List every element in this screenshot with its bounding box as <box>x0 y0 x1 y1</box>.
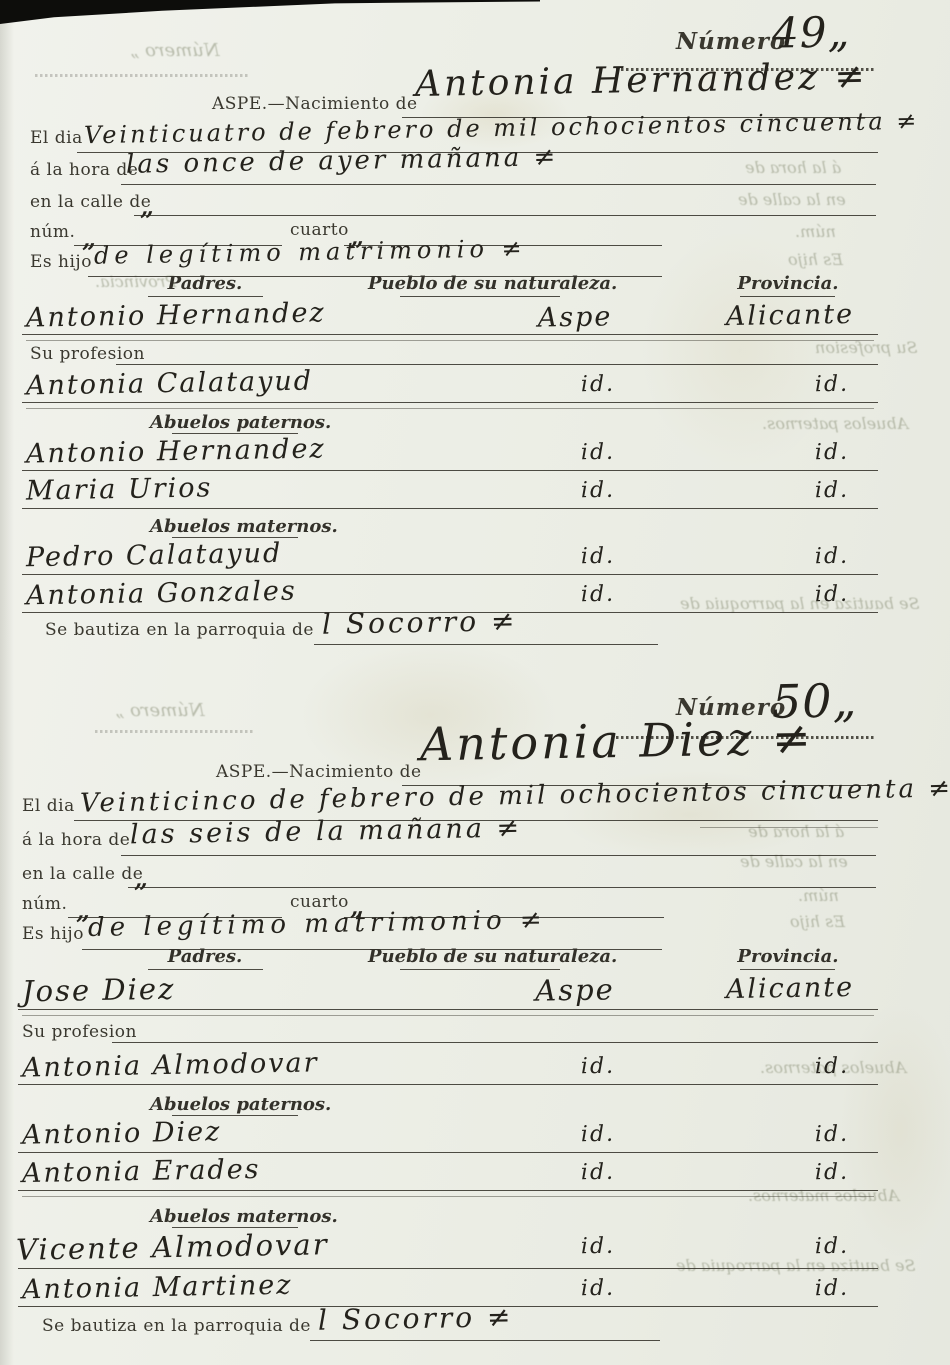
su-profesion-label: Su profesion <box>30 344 145 364</box>
birth-record-49: Número 49„ ASPE.—Nacimiento de Antonia H… <box>0 16 950 666</box>
calle-label: en la calle de <box>30 192 151 212</box>
form-rule-line <box>310 1340 660 1341</box>
es-hijo-handwritten: de legítimo matrimonio ≠ <box>88 905 547 943</box>
row-rule <box>18 1009 878 1010</box>
abuelos-paternos-label: Abuelos paternos. <box>150 1094 320 1115</box>
calle-ditto-mark: „ <box>134 864 150 893</box>
maternal-grandfather-provincia-id: id. <box>762 543 902 570</box>
hora-label: á la hora de <box>22 830 130 850</box>
paternal-grandmother-pueblo-id: id. <box>528 1159 668 1186</box>
header-rule <box>148 969 263 970</box>
father-pueblo-handwritten: Aspe <box>505 301 646 334</box>
mother-provincia-id-mark: id. <box>762 371 902 398</box>
father-provincia-handwritten: Alicante <box>700 971 881 1005</box>
paternal-grandfather-provincia-id: id. <box>762 439 902 466</box>
header-padres: Padres. <box>140 273 270 294</box>
row-rule <box>22 470 878 471</box>
abuelos-paternos-label: Abuelos paternos. <box>150 412 320 433</box>
abuelos-maternos-label: Abuelos maternos. <box>150 1206 320 1227</box>
form-rule-line <box>134 215 876 216</box>
row-rule <box>18 1190 878 1191</box>
scanned-register-page: Número „ á la hora de en la calle de núm… <box>0 0 950 1365</box>
row-rule <box>18 1152 878 1153</box>
header-pueblo-naturaleza: Pueblo de su naturaleza. <box>368 273 593 294</box>
row-rule-secondary <box>22 1196 874 1197</box>
row-rule-secondary <box>26 340 874 341</box>
row-rule <box>22 334 878 335</box>
el-dia-label: El dia <box>22 796 75 816</box>
paternal-grandfather-provincia-id: id. <box>762 1121 902 1148</box>
form-rule-line <box>116 364 878 365</box>
numero-value-handwritten: 49„ <box>772 7 851 57</box>
form-rule-line <box>121 184 876 185</box>
maternal-grandmother-pueblo-id: id. <box>528 1275 668 1302</box>
maternal-grandfather-pueblo-id: id. <box>528 543 668 570</box>
header-rule <box>740 296 835 297</box>
maternal-grandmother-provincia-id: id. <box>762 581 902 608</box>
father-provincia-handwritten: Alicante <box>700 298 881 332</box>
row-rule <box>18 1084 878 1085</box>
header-provincia: Provincia. <box>718 273 858 294</box>
paternal-grandmother-handwritten: Antonia Erades <box>22 1154 261 1189</box>
form-rule-line <box>121 855 876 856</box>
paternal-grandfather-handwritten: Antonio Diez <box>22 1116 222 1150</box>
record-title-label: ASPE.—Nacimiento de <box>212 94 418 114</box>
header-provincia: Provincia. <box>718 946 858 967</box>
maternal-grandfather-pueblo-id: id. <box>528 1233 668 1260</box>
header-rule <box>400 296 560 297</box>
mother-provincia-id-mark: id. <box>762 1053 902 1080</box>
header-rule <box>148 296 263 297</box>
child-name-handwritten: Antonia Diez ≠ <box>420 711 815 772</box>
father-pueblo-handwritten: Aspe <box>505 972 646 1008</box>
hora-handwritten: las once de ayer mañana ≠ <box>126 142 559 180</box>
form-rule-line <box>314 644 658 645</box>
row-rule <box>18 1268 878 1269</box>
birth-record-50: Número 50„ ASPE.—Nacimiento de Antonia D… <box>0 678 950 1328</box>
record-title-label: ASPE.—Nacimiento de <box>216 762 422 782</box>
header-padres: Padres. <box>140 946 270 967</box>
num-label: núm. <box>30 222 75 242</box>
num-label: núm. <box>22 894 67 914</box>
paternal-grandmother-provincia-id: id. <box>762 1159 902 1186</box>
paternal-grandmother-pueblo-id: id. <box>528 477 668 504</box>
form-rule-line <box>112 1042 878 1043</box>
bautiza-label: Se bautiza en la parroquia de <box>45 620 314 640</box>
bautiza-parish-handwritten: l Socorro ≠ <box>318 1300 514 1336</box>
mother-pueblo-id-mark: id. <box>528 1053 668 1080</box>
child-name-handwritten: Antonia Hernandez ≠ <box>415 56 868 105</box>
row-rule <box>22 402 878 403</box>
paternal-grandmother-provincia-id: id. <box>762 477 902 504</box>
row-rule <box>22 574 878 575</box>
su-profesion-label: Su profesion <box>22 1022 137 1042</box>
form-rule-line <box>128 887 876 888</box>
bautiza-parish-handwritten: l Socorro ≠ <box>322 604 518 640</box>
hora-label: á la hora de <box>30 160 138 180</box>
row-rule <box>22 508 878 509</box>
maternal-grandmother-pueblo-id: id. <box>528 581 668 608</box>
father-name-handwritten: Antonio Hernandez <box>26 297 326 333</box>
header-rule <box>740 969 835 970</box>
mother-name-handwritten: Antonia Calatayud <box>26 365 314 401</box>
maternal-grandfather-handwritten: Vicente Almodovar <box>16 1227 329 1266</box>
header-pueblo-naturaleza: Pueblo de su naturaleza. <box>368 946 593 967</box>
calle-ditto-mark: „ <box>140 192 156 221</box>
el-dia-label: El dia <box>30 128 83 148</box>
mother-name-handwritten: Antonia Almodovar <box>22 1047 319 1083</box>
bautiza-label: Se bautiza en la parroquia de <box>42 1316 311 1336</box>
calle-label: en la calle de <box>22 864 143 884</box>
maternal-grandmother-provincia-id: id. <box>762 1275 902 1302</box>
maternal-grandfather-provincia-id: id. <box>762 1233 902 1260</box>
es-hijo-label: Es hijo <box>30 252 92 272</box>
maternal-grandmother-handwritten: Antonia Gonzales <box>26 576 297 612</box>
es-hijo-label: Es hijo <box>22 924 84 944</box>
numero-label: Número <box>676 28 786 55</box>
paternal-grandfather-handwritten: Antonio Hernandez <box>26 433 326 469</box>
row-rule-secondary <box>26 408 874 409</box>
paternal-grandfather-pueblo-id: id. <box>528 1121 668 1148</box>
maternal-grandfather-handwritten: Pedro Calatayud <box>26 538 283 573</box>
hora-handwritten: las seis de la mañana ≠ <box>130 813 523 851</box>
abuelos-maternos-label: Abuelos maternos. <box>150 516 320 537</box>
paternal-grandmother-handwritten: Maria Urios <box>26 472 213 506</box>
row-rule-secondary <box>700 827 878 828</box>
mother-pueblo-id-mark: id. <box>528 371 668 398</box>
header-rule <box>400 969 560 970</box>
es-hijo-handwritten: de legítimo matrimonio ≠ <box>94 234 527 270</box>
maternal-grandmother-handwritten: Antonia Martinez <box>22 1270 293 1306</box>
row-rule-secondary <box>22 1015 874 1016</box>
paternal-grandfather-pueblo-id: id. <box>528 439 668 466</box>
father-name-handwritten: Jose Diez <box>22 972 176 1009</box>
